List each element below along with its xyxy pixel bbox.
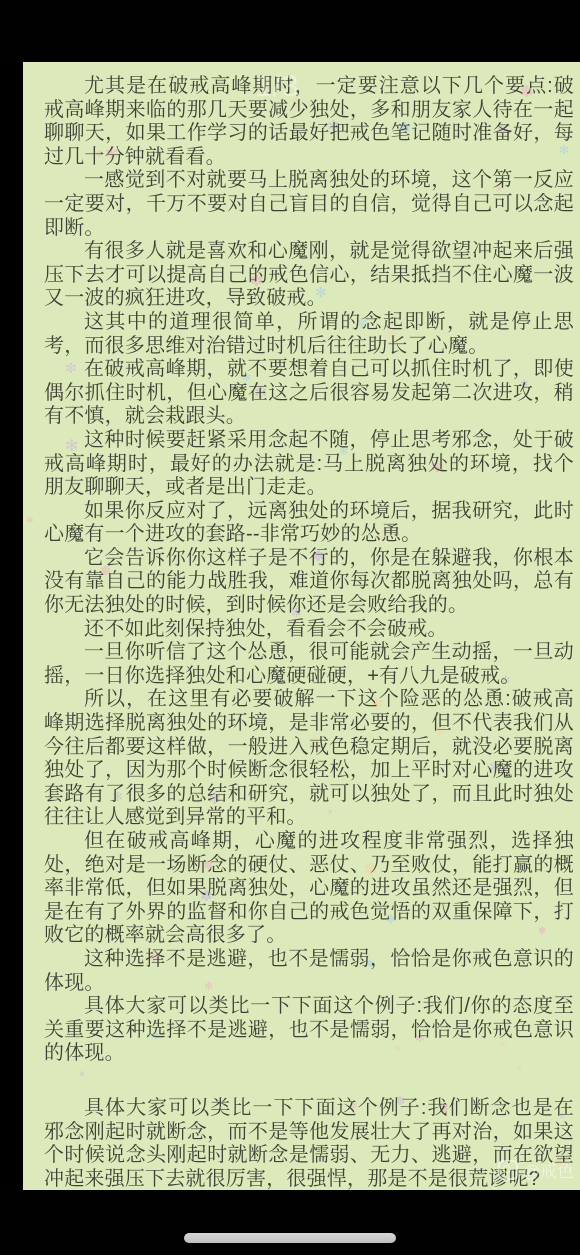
paragraph: 还不如此刻保持独处，看看会不会破戒。 [44,618,574,642]
camera-icon [498,1160,518,1180]
article-text: 尤其是在破戒高峰期时，一定要注意以下几个要点:破戒高峰期来临的那几天要减少独处，… [23,62,580,1190]
paragraph: 在破戒高峰期，就不要想着自己可以抓住时机了，即使偶尔抓住时机，但心魔在这之后很容… [44,358,574,429]
paragraph: 一旦你听信了这个怂恿，很可能就会产生动摇，一旦动摇，一日你选择独处和心魔硬碰硬，… [44,641,574,688]
paragraph: 这种时候要赶紧采用念起不随，停止思考邪念，处于破戒高峰期时，最好的办法就是:马上… [44,429,574,500]
paragraph: 但在破戒高峰期，心魔的进攻程度非常强烈，选择独处，绝对是一场断念的硬仗、恶仗、乃… [44,830,574,948]
paragraph: 有很多人就是喜欢和心魔刚，就是觉得欲望冲起来后强压下去才可以提高自己的戒色信心，… [44,240,574,311]
paragraph: 一感觉到不对就要马上脱离独处的环境，这个第一反应一定要对，千万不要对自己盲目的自… [44,169,574,240]
top-letterbox-bar [0,0,580,62]
paragraph: 如果你反应对了，远离独处的环境后，据我研究，此时心魔有一个进攻的套路--非常巧妙… [44,500,574,547]
paragraph: 这其中的道理很简单，所谓的念起即断，就是停止思考，而很多思维对治错过时机后往往助… [44,311,574,358]
paragraph: 它会告诉你你这样子是不行的，你是在躲避我，你根本没有靠自己的能力战胜我，难道你每… [44,547,574,618]
bottom-watermark: @戒色 [498,1157,574,1182]
paragraph: 尤其是在破戒高峰期时，一定要注意以下几个要点:破戒高峰期来临的那几天要减少独处，… [44,75,574,169]
article-image-panel: ✼✽✽✽*✽✻✻✽✽✻✼✻✻✽✻*✻✽**✼✽*✽*✼✽✼*✼✻✽✻*✽✻✽✻✼… [23,62,580,1190]
page-indicator-watermark: 1/3 [255,70,300,104]
phone-screenshot-frame: ✼✽✽✽*✽✻✻✽✽✻✼✻✻✽✻*✻✽**✼✽*✽*✼✽✼*✼✻✽✻*✽✻✽✻✼… [0,0,580,1255]
paragraph: 具体大家可以类比一下下面这个例子:我们断念也是在邪念刚起时就断念，而不是等他发展… [44,1097,574,1190]
paragraph: 具体大家可以类比一下下面这个例子:我们/你的态度至关重要这种选择不是逃避，也不是… [44,995,574,1066]
paragraph: 所以，在这里有必要破解一下这个险恶的怂恿:破戒高峰期选择脱离独处的环境，是非常必… [44,688,574,830]
home-indicator-bar[interactable] [184,1233,396,1243]
watermark-handle: @戒色 [523,1157,574,1182]
paragraph: 这种选择不是逃避，也不是懦弱，恰恰是你戒色意识的体现。 [44,948,574,995]
bottom-letterbox-bar [0,1190,580,1255]
